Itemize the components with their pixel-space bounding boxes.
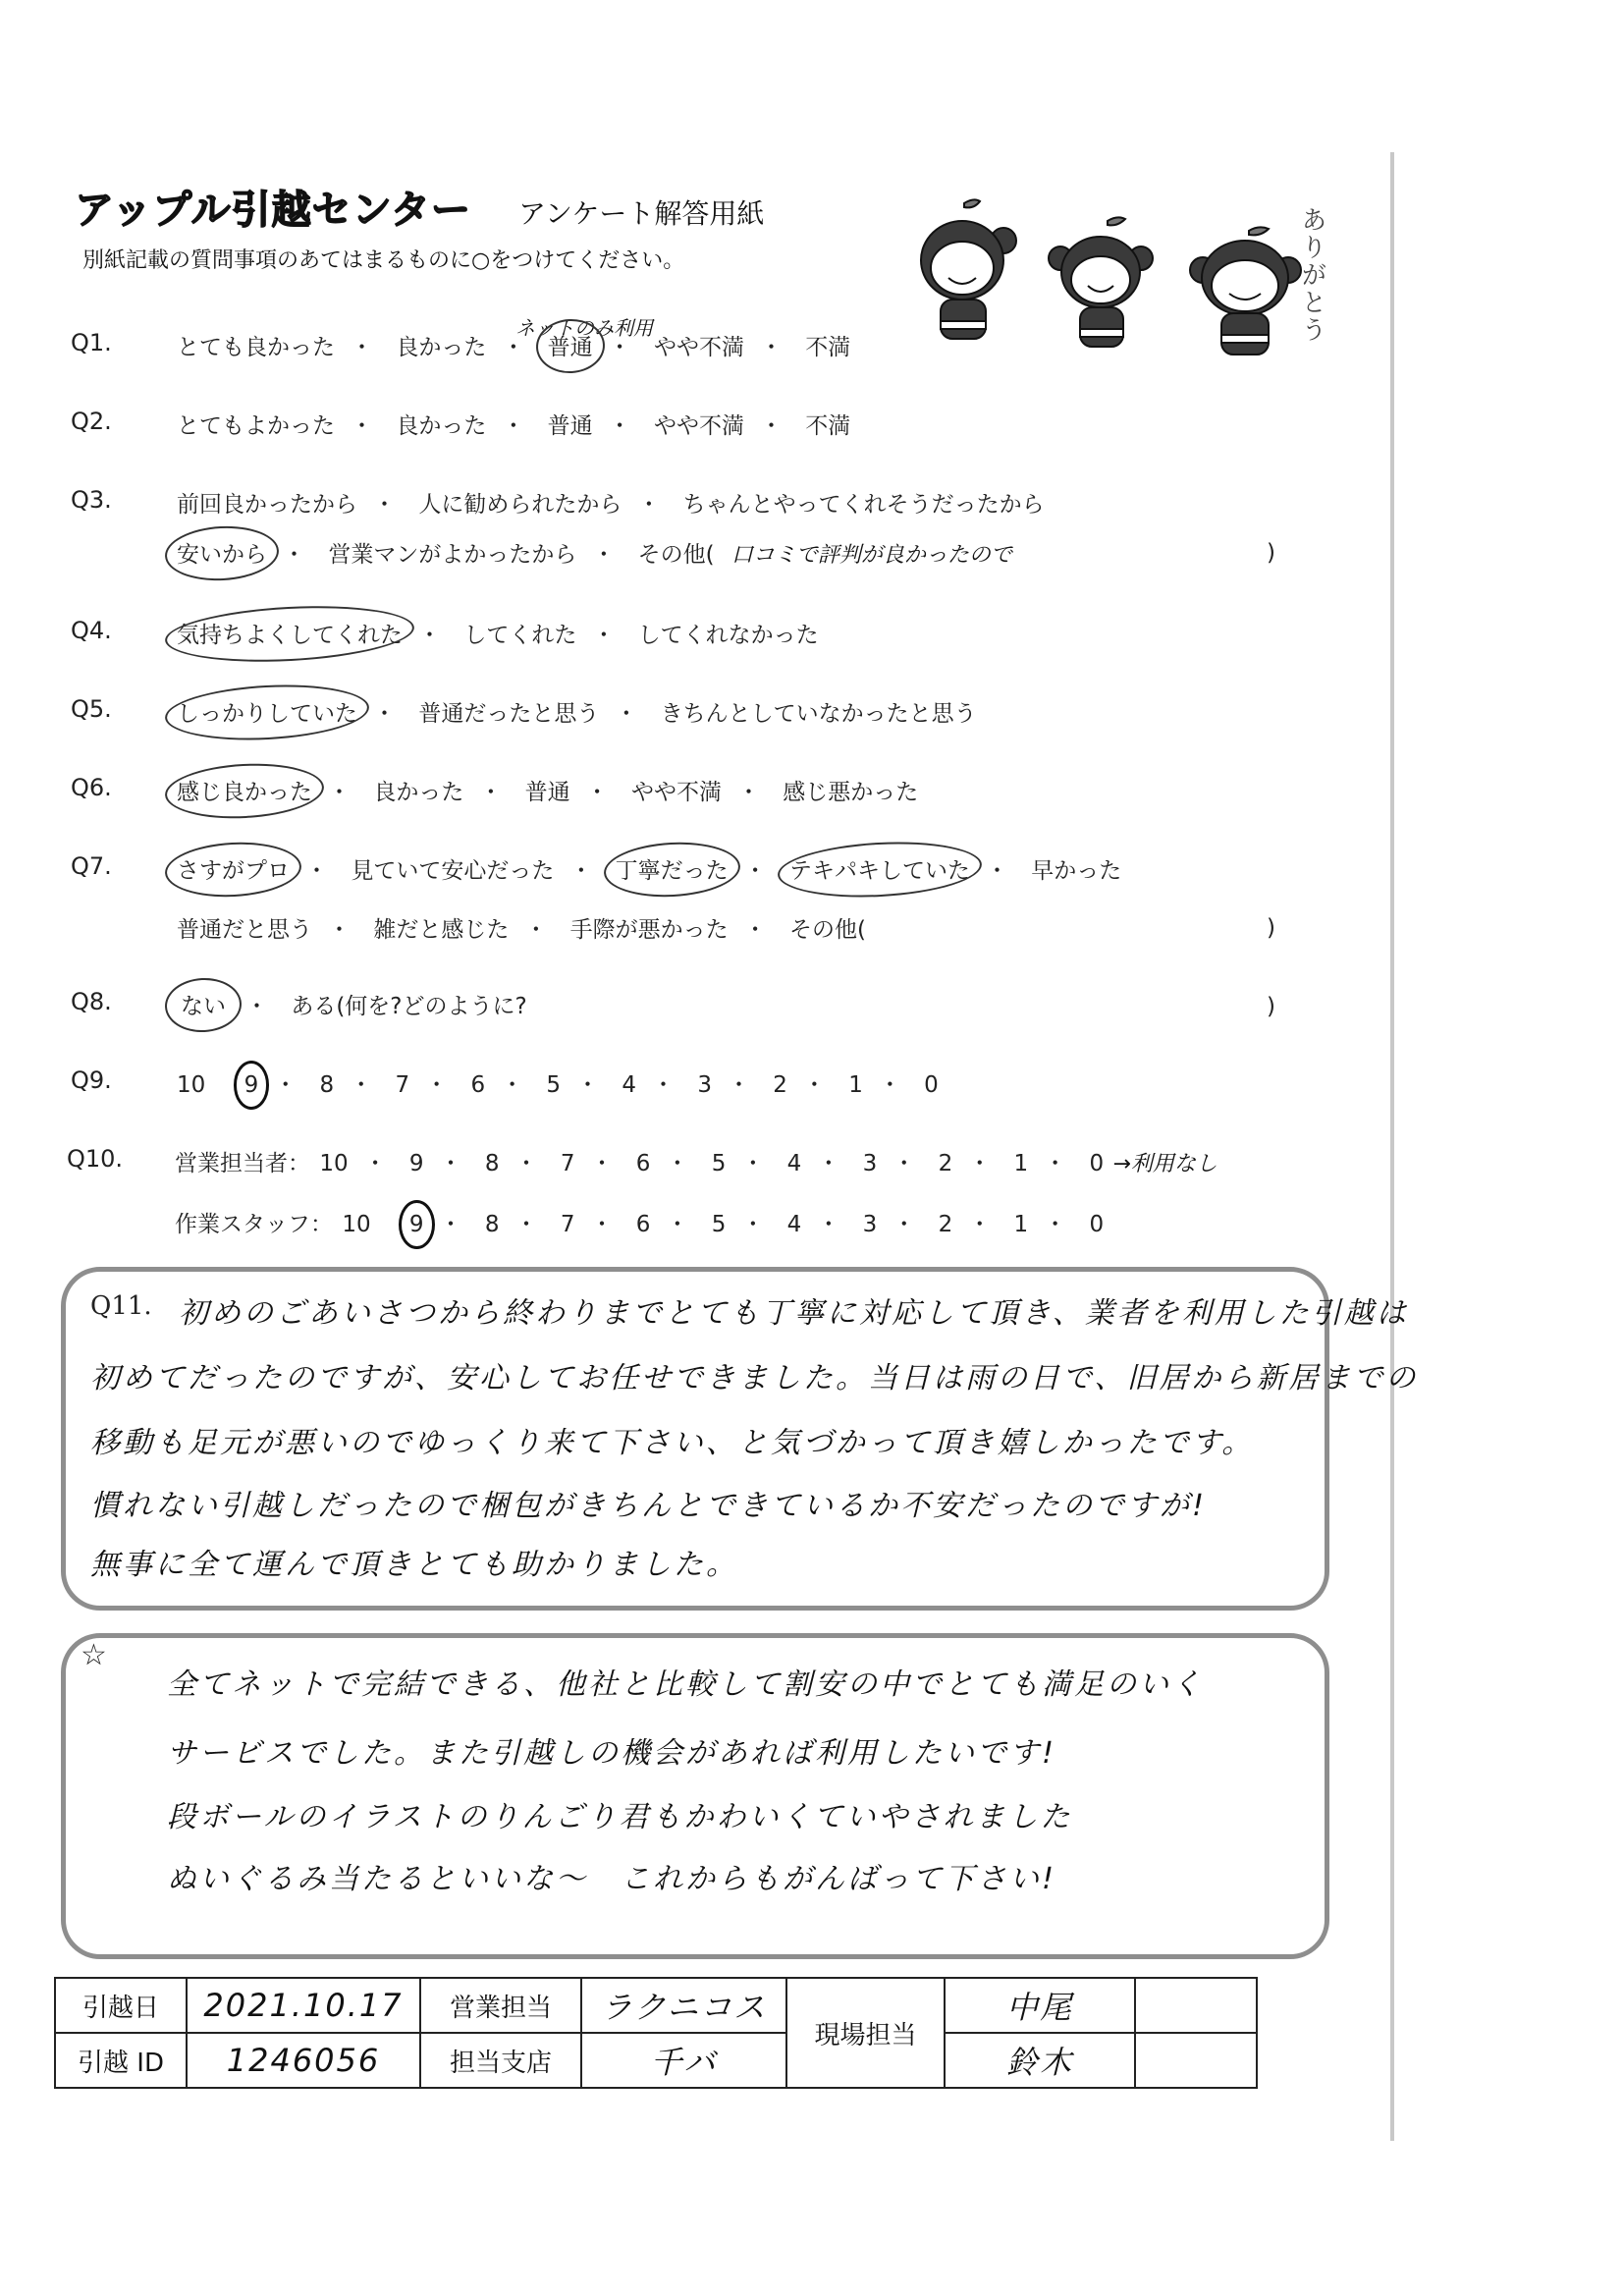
q10-staff-score[interactable]: 5 — [710, 1212, 729, 1237]
comment-line: 全てネットで完結できる、他社と比較して割安の中でとても満足のいく — [167, 1660, 1204, 1703]
q9-score[interactable]: 2 — [771, 1072, 789, 1098]
q10-staff-score-selected[interactable]: 9 — [407, 1212, 426, 1237]
q11-label: Q11. — [90, 1291, 152, 1321]
q10-staff-score[interactable]: 4 — [785, 1212, 804, 1237]
q10-staff-score[interactable]: 6 — [634, 1212, 653, 1237]
q4-option[interactable]: してくれなかった — [636, 617, 821, 649]
q2-options: とてもよかった・ 良かった・ 普通・ やや不満・ 不満 — [175, 408, 852, 440]
q10-sales-score[interactable]: 10 — [317, 1151, 350, 1176]
q7-option[interactable]: 早かった — [1029, 852, 1123, 885]
q8-other-label: ある(何を?どのように? — [289, 988, 528, 1020]
q9-score[interactable]: 1 — [846, 1072, 865, 1098]
q9-score[interactable]: 4 — [620, 1072, 638, 1098]
q7-options-line2: 普通だと思う・ 雑だと感じた・ 手際が悪かった・ その他( — [175, 911, 868, 944]
sales-label: 営業担当 — [420, 1978, 581, 2033]
q6-option[interactable]: 普通 — [523, 774, 572, 806]
q3-option[interactable]: 人に勧められたから — [416, 486, 623, 519]
move-id-value[interactable]: 1246056 — [187, 2033, 420, 2088]
mascot-2-icon — [1049, 217, 1153, 347]
q3-option-selected[interactable]: 安いから — [175, 536, 269, 569]
q7-option-selected[interactable]: さすがプロ — [175, 852, 292, 885]
q10-sales-score[interactable]: 2 — [937, 1151, 955, 1176]
q3-close-paren: ) — [1267, 540, 1275, 566]
comment-line: サービスでした。また引越しの機会があれば利用したいです! — [167, 1728, 1056, 1772]
q2-option[interactable]: 普通 — [546, 408, 595, 440]
q6-option-selected[interactable]: 感じ良かった — [175, 774, 314, 806]
q4-options: 気持ちよくしてくれた・ してくれた・ してくれなかった — [175, 617, 821, 649]
q4-option-selected[interactable]: 気持ちよくしてくれた — [175, 617, 405, 649]
q10-sales-score[interactable]: 6 — [634, 1151, 653, 1176]
q10-sales-score[interactable]: 9 — [407, 1151, 426, 1176]
q10-sales-score[interactable]: 0 — [1087, 1151, 1106, 1176]
q5-options: しっかりしていた・ 普通だったと思う・ きちんとしていなかったと思う — [175, 695, 979, 728]
q6-options: 感じ良かった・ 良かった・ 普通・ やや不満・ 感じ悪かった — [175, 774, 920, 806]
q10-sales-score[interactable]: 8 — [483, 1151, 502, 1176]
q11-line: 移動も足元が悪いのでゆっくり来て下さい、と気づかって頂き嬉しかったです。 — [90, 1418, 1254, 1461]
star-icon: ☆ — [81, 1638, 107, 1672]
q10-staff-score[interactable]: 0 — [1087, 1212, 1106, 1237]
q9-score[interactable]: 6 — [468, 1072, 487, 1098]
q10-sales-label: 営業担当者： — [175, 1151, 310, 1176]
q7-option[interactable]: 手際が悪かった — [568, 911, 730, 944]
q9-scale: 10 9・ 8・ 7・ 6・ 5・ 4・ 3・ 2・ 1・ 0 — [175, 1066, 941, 1099]
q1-option[interactable]: 良かった — [394, 329, 488, 361]
q3-label: Q3. — [71, 486, 112, 514]
site-staff-extra[interactable] — [1135, 1978, 1257, 2033]
move-date-value[interactable]: 2021.10.17 — [187, 1978, 420, 2033]
q3-other-value[interactable]: 口コミで評判が良かったので — [731, 543, 1012, 568]
sales-value[interactable]: ラクニコス — [581, 1978, 786, 2033]
q3-other-label: その他( — [636, 536, 717, 569]
q2-option[interactable]: 良かった — [394, 408, 488, 440]
q7-options-line1: さすがプロ・ 見ていて安心だった・ 丁寧だった・ テキパキしていた・ 早かった — [175, 852, 1123, 885]
q10-sales-score[interactable]: 7 — [559, 1151, 577, 1176]
q2-option[interactable]: やや不満 — [652, 408, 746, 440]
q10-sales-scale: 営業担当者： 10・ 9・ 8・ 7・ 6・ 5・ 4・ 3・ 2・ 1・ 0 … — [175, 1145, 1217, 1177]
q5-option[interactable]: きちんとしていなかったと思う — [659, 695, 979, 728]
q3-options-line2: 安いから・ 営業マンがよかったから・ その他( 口コミで評判が良かったので — [175, 536, 1012, 569]
q9-score-selected[interactable]: 9 — [243, 1072, 261, 1098]
q8-options: ない・ ある(何を?どのように? — [175, 988, 529, 1020]
site-staff-extra[interactable] — [1135, 2033, 1257, 2088]
q10-staff-score[interactable]: 8 — [483, 1212, 502, 1237]
q10-sales-score[interactable]: 4 — [785, 1151, 804, 1176]
q4-option[interactable]: してくれた — [461, 617, 578, 649]
site-staff-value[interactable]: 鈴木 — [945, 2033, 1135, 2088]
q10-staff-score[interactable]: 3 — [861, 1212, 880, 1237]
q1-label: Q1. — [71, 329, 112, 356]
move-info-table: 引越日 2021.10.17 営業担当 ラクニコス 現場担当 中尾 引越 ID … — [54, 1977, 1258, 2089]
q7-option-selected[interactable]: 丁寧だった — [614, 852, 730, 885]
branch-label: 担当支店 — [420, 2033, 581, 2088]
q10-sales-score[interactable]: 5 — [710, 1151, 729, 1176]
q10-staff-label: 作業スタッフ： — [175, 1212, 333, 1237]
q9-score[interactable]: 8 — [318, 1072, 337, 1098]
q11-line: 無事に全て運んで頂きとても助かりました。 — [90, 1540, 738, 1583]
q2-option[interactable]: とてもよかった — [175, 408, 337, 440]
site-staff-value[interactable]: 中尾 — [945, 1978, 1135, 2033]
q11-line: 初めのごあいさつから終わりまでとても丁寧に対応して頂き、業者を利用した引越は — [179, 1288, 1409, 1332]
q6-option[interactable]: やや不満 — [629, 774, 724, 806]
q7-other-label: その他( — [787, 911, 868, 944]
q11-line: 初めてだったのですが、安心してお任せできました。当日は雨の日で、旧居から新居まで… — [90, 1353, 1418, 1396]
q6-label: Q6. — [71, 774, 112, 801]
q10-label: Q10. — [67, 1145, 123, 1173]
q10-staff-score[interactable]: 2 — [937, 1212, 955, 1237]
q5-option[interactable]: 普通だったと思う — [416, 695, 601, 728]
company-name: アップル引越センター — [75, 179, 471, 235]
q9-label: Q9. — [71, 1066, 112, 1094]
q8-close-paren: ) — [1267, 994, 1275, 1019]
instructions: 別紙記載の質問事項のあてはまるものに○をつけてください。 — [82, 244, 684, 274]
q7-label: Q7. — [71, 852, 112, 880]
q6-option[interactable]: 良かった — [371, 774, 465, 806]
q3-option[interactable]: 営業マンがよかったから — [326, 536, 578, 569]
q10-staff-scale: 作業スタッフ： 10 9・ 8・ 7・ 6・ 5・ 4・ 3・ 2・ 1・ 0 — [175, 1206, 1106, 1238]
q9-score[interactable]: 3 — [695, 1072, 714, 1098]
q5-option-selected[interactable]: しっかりしていた — [175, 695, 359, 728]
mascot-3-icon — [1190, 227, 1301, 355]
q1-option[interactable]: 不満 — [803, 329, 852, 361]
q10-staff-score[interactable]: 7 — [559, 1212, 577, 1237]
q2-label: Q2. — [71, 408, 112, 435]
q10-sales-note: →利用なし — [1112, 1152, 1217, 1176]
branch-value[interactable]: 千バ — [581, 2033, 786, 2088]
q8-label: Q8. — [71, 988, 112, 1015]
q10-sales-score[interactable]: 3 — [861, 1151, 880, 1176]
q9-score[interactable]: 7 — [394, 1072, 412, 1098]
q11-line: 慣れない引越しだったので梱包がきちんとできているか不安だったのですが! — [90, 1481, 1207, 1524]
q10-staff-score[interactable]: 10 — [340, 1212, 372, 1237]
q7-option[interactable]: 普通だと思う — [175, 911, 314, 944]
q9-score[interactable]: 10 — [175, 1072, 207, 1098]
q3-options-line1: 前回良かったから・ 人に勧められたから・ ちゃんとやってくれそうだったから — [175, 486, 1047, 519]
q1-option-selected[interactable]: 普通 — [546, 329, 595, 361]
q7-option[interactable]: 見ていて安心だった — [349, 852, 556, 885]
q7-option-selected[interactable]: テキパキしていた — [787, 852, 972, 885]
mascot-caption: ありがとう — [1294, 206, 1330, 344]
mascot-illustration — [884, 191, 1325, 368]
q1-option[interactable]: やや不満 — [652, 329, 746, 361]
q9-score[interactable]: 0 — [922, 1072, 941, 1098]
q8-option-selected[interactable]: ない — [175, 988, 232, 1020]
q7-close-paren: ) — [1267, 915, 1275, 941]
q7-option[interactable]: 雑だと感じた — [371, 911, 511, 944]
form-title: アンケート解答用紙 — [518, 192, 764, 232]
q3-option[interactable]: ちゃんとやってくれそうだったから — [681, 486, 1047, 519]
comment-line: ぬいぐるみ当たるといいな～ これからもがんばって下さい! — [167, 1854, 1056, 1897]
comment-line: 段ボールのイラストのりんごり君もかわいくていやされました — [167, 1792, 1073, 1835]
q1-option[interactable]: とても良かった — [175, 329, 337, 361]
q6-option[interactable]: 感じ悪かった — [781, 774, 920, 806]
mascot-1-icon — [921, 199, 1016, 339]
q9-score[interactable]: 5 — [544, 1072, 563, 1098]
site-staff-label: 現場担当 — [786, 1978, 945, 2088]
q2-option[interactable]: 不満 — [803, 408, 852, 440]
move-date-label: 引越日 — [55, 1978, 187, 2033]
q4-label: Q4. — [71, 617, 112, 644]
paper-edge — [1390, 152, 1394, 2141]
move-id-label: 引越 ID — [55, 2033, 187, 2088]
q5-label: Q5. — [71, 695, 112, 723]
q3-option[interactable]: 前回良かったから — [175, 486, 359, 519]
q10-sales-score[interactable]: 1 — [1012, 1151, 1031, 1176]
q1-options: とても良かった・ 良かった・ 普通・ やや不満・ 不満 — [175, 329, 852, 361]
q10-staff-score[interactable]: 1 — [1012, 1212, 1031, 1237]
